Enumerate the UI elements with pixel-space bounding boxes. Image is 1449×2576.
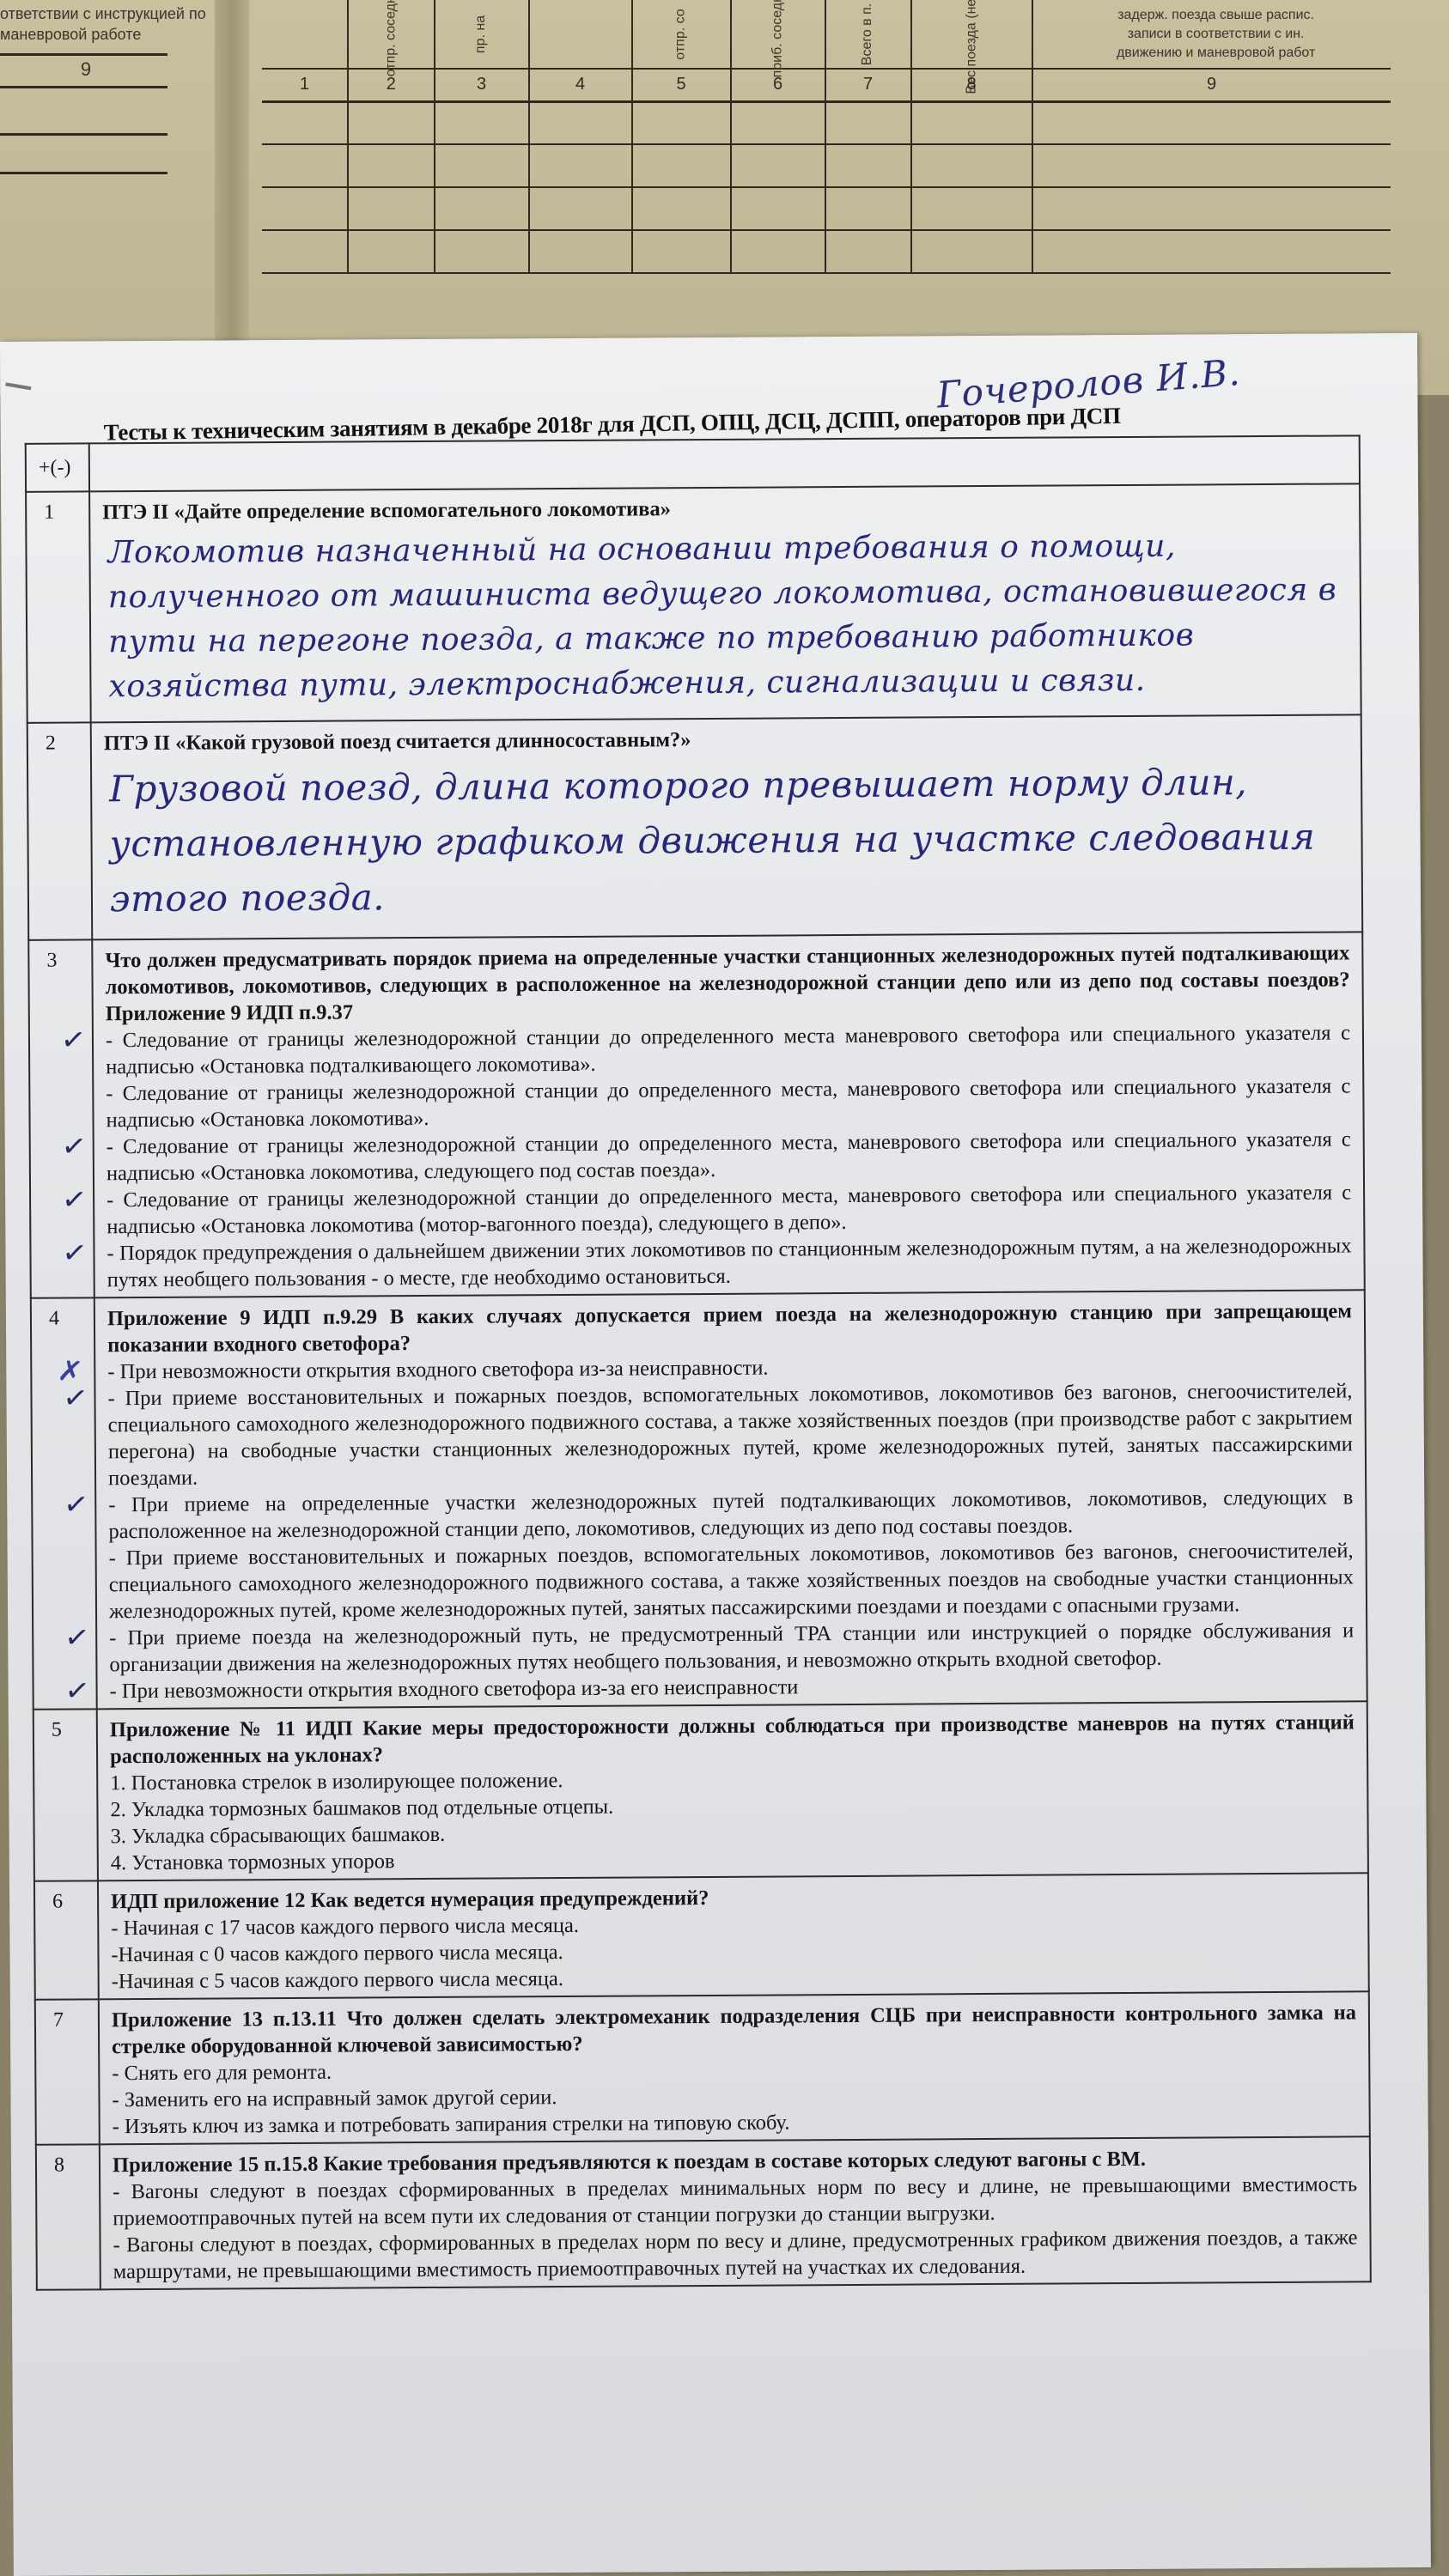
vertical-header: пр. на xyxy=(474,15,490,52)
check-mark-icon: ✓ xyxy=(59,1026,87,1056)
vertical-header: отпр. соседн. xyxy=(383,0,399,76)
answer-option: - Вагоны следуют в поездах, сформированн… xyxy=(113,2224,1357,2285)
pencil-mark xyxy=(5,382,31,390)
left-column-number: 9 xyxy=(34,58,137,81)
question-row-3: 3 Что должен предусматривать порядок при… xyxy=(28,932,1365,1297)
question-number: 6 xyxy=(34,1880,99,1999)
test-sheet: Гочеролов И.В. Тесты к техническим занят… xyxy=(0,333,1431,2576)
divider xyxy=(0,133,167,136)
check-mark-icon: ✓ xyxy=(60,1186,88,1216)
column-number: 1 xyxy=(262,69,348,101)
note-line: задерж. поезда свыше распис. xyxy=(1042,6,1391,25)
answer-option: - При приеме на определенные участки жел… xyxy=(108,1484,1353,1545)
question-row-8: 8 Приложение 15 п.15.8 Какие требования … xyxy=(36,2136,1371,2289)
answer-option: - При приеме восстановительных и пожарны… xyxy=(107,1377,1353,1492)
answer-option: - Следование от границы железнодорожной … xyxy=(107,1179,1351,1240)
question-row-5: 5 Приложение № 11 ИДП Какие меры предост… xyxy=(33,1701,1368,1880)
book-gutter xyxy=(215,0,249,395)
question-text: Приложение 9 ИДП п.9.29 В каких случаях … xyxy=(107,1297,1352,1358)
question-number: 7 xyxy=(35,1999,100,2144)
answer-option: - Следование от границы железнодорожной … xyxy=(106,1019,1350,1080)
vertical-header: Всего в п. xyxy=(861,3,876,64)
column-number: 3 xyxy=(435,69,529,101)
header-empty-cell xyxy=(89,435,1360,491)
question-row-2: 2 ПТЭ II «Какой грузовой поезд считается… xyxy=(27,714,1363,939)
question-row-1: 1 ПТЭ II «Дайте определение вспомогатель… xyxy=(26,483,1361,722)
question-text: Приложение № 11 ИДП Какие меры предостор… xyxy=(110,1709,1355,1770)
divider xyxy=(0,53,167,56)
answer-option: - При приеме поезда на железнодорожный п… xyxy=(109,1617,1354,1678)
answer-option: - Вагоны следуют в поездах сформированны… xyxy=(113,2171,1357,2232)
vertical-header: приб. соседн. xyxy=(770,0,786,77)
vertical-header: отпр. со xyxy=(673,9,689,59)
column-number: 4 xyxy=(529,69,632,101)
question-row-7: 7 Приложение 13 п.13.11 Что должен сдела… xyxy=(35,1991,1370,2144)
handwritten-answer: Локомотив назначенный на основании требо… xyxy=(102,518,1348,718)
question-row-6: 6 ИДП приложение 12 Как ведется нумераци… xyxy=(34,1873,1369,1999)
column-number: 5 xyxy=(632,69,731,101)
handwritten-answer: Грузовой поезд, длина которого превышает… xyxy=(104,749,1349,935)
divider xyxy=(0,86,167,88)
questions-table: +(-) 1 ПТЭ II «Дайте определение вспомог… xyxy=(25,434,1372,2290)
check-mark-icon: ✓ xyxy=(62,1491,89,1521)
table-header-row: +(-) xyxy=(26,435,1360,491)
note-line: записи в соответствии с ин. xyxy=(1042,25,1391,44)
note-line: движению и маневровой работ xyxy=(1042,44,1391,63)
check-mark-icon: ✓ xyxy=(61,1239,88,1269)
check-mark-icon: ✓ xyxy=(63,1624,90,1654)
column-number: 9 xyxy=(1032,69,1391,101)
divider xyxy=(0,172,167,174)
question-number: 1 xyxy=(26,491,91,722)
question-row-4: 4 Приложение 9 ИДП п.9.29 В каких случая… xyxy=(31,1290,1367,1709)
question-text: Приложение 13 п.13.11 Что должен сделать… xyxy=(112,1999,1356,2060)
column-number: 7 xyxy=(825,69,911,101)
answer-option: - Следование от границы железнодорожной … xyxy=(106,1072,1350,1133)
question-number: 2 xyxy=(27,722,93,939)
answer-option: - Порядок предупреждения о дальнейшем дв… xyxy=(107,1232,1351,1293)
score-header-cell: +(-) xyxy=(26,443,89,491)
check-mark-icon: ✓ xyxy=(64,1677,91,1707)
logbook-grid: отпр. соседн. пр. на отпр. со приб. сосе… xyxy=(262,0,1391,274)
answer-option: - При приеме восстановительных и пожарны… xyxy=(109,1537,1355,1625)
question-number: 8 xyxy=(36,2144,100,2289)
check-mark-icon: ✓ xyxy=(62,1384,89,1414)
check-mark-icon: ✓ xyxy=(60,1133,88,1163)
question-text: Что должен предусматривать порядок прием… xyxy=(105,939,1350,1027)
vertical-header: Вес поезда (нетто) xyxy=(964,0,979,94)
answer-option: - Следование от границы железнодорожной … xyxy=(107,1126,1351,1187)
question-number: 5 xyxy=(33,1709,98,1880)
